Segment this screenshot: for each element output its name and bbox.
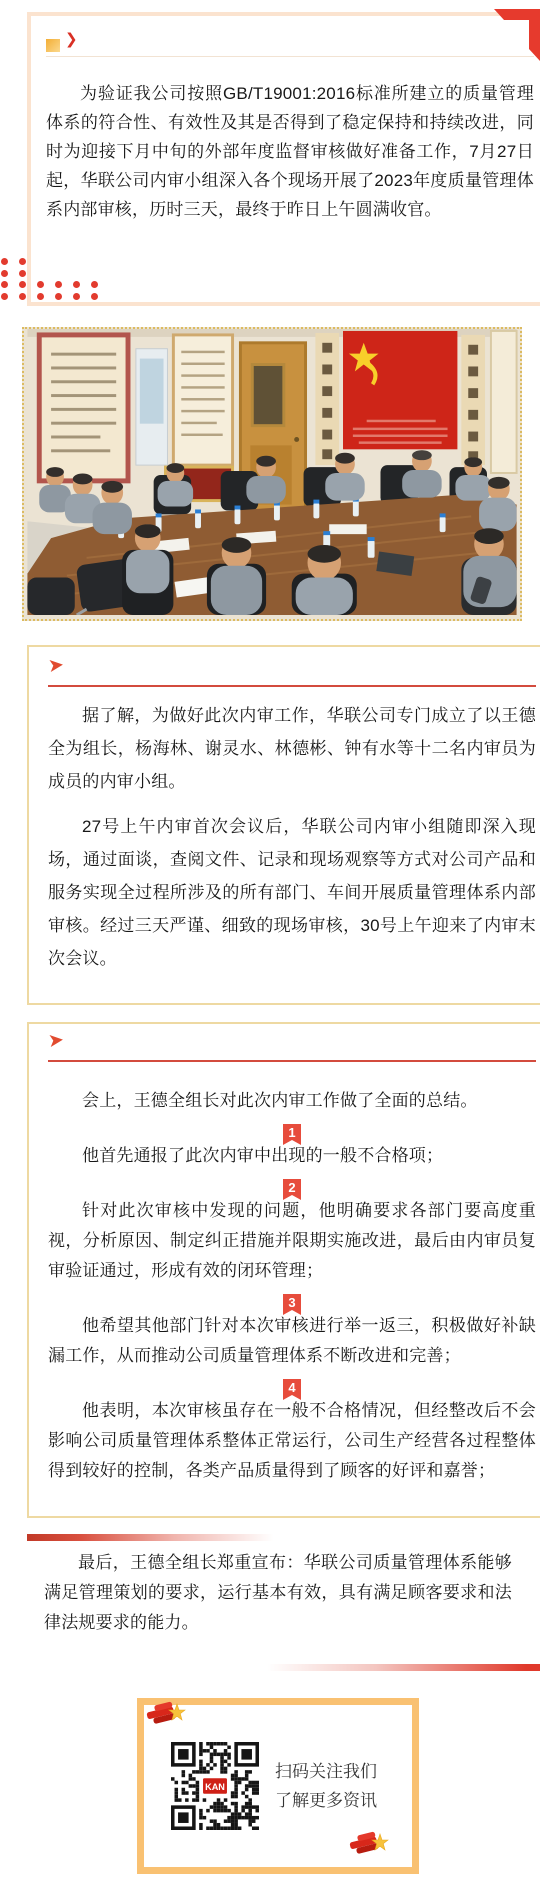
chevron-right-icon: ❯ (65, 34, 78, 46)
process-paragraph: 27号上午内审首次会议后，华联公司内审小组随即深入现场，通过面谈，查阅文件、记录… (48, 810, 536, 975)
flag-star-icon (349, 1829, 391, 1857)
conclusion-paragraph: 最后，王德全组长郑重宣布：华联公司质量管理体系能够满足管理策划的要求，运行基本有… (44, 1548, 512, 1638)
corner-fold-icon (492, 6, 540, 62)
page-container: { "article": { "intro": "为验证我公司按照GB/T190… (0, 0, 540, 1887)
qr-code: KAN (171, 1742, 259, 1830)
conclusion-block: 最后，王德全组长郑重宣布：华联公司质量管理体系能够满足管理策划的要求，运行基本有… (44, 1548, 512, 1638)
summary-card: ➤ 会上，王德全组长对此次内审工作做了全面的总结。 1 他首先通报了此次内审中出… (27, 1022, 540, 1518)
point-paragraph-1: 他首先通报了此次内审中出现的一般不合格项； (48, 1141, 536, 1171)
dots-pattern (1, 258, 101, 304)
red-gradient-divider-left (27, 1534, 295, 1541)
gold-square-icon (46, 39, 60, 52)
red-gradient-divider-right (267, 1664, 540, 1671)
qr-caption-line1: 扫码关注我们 (275, 1757, 377, 1786)
meeting-photo-scene (24, 329, 520, 615)
arrow-right-icon: ➤ (47, 654, 71, 678)
intro-paragraph: 为验证我公司按照GB/T19001:2016标准所建立的质量管理体系的符合性、有… (46, 79, 534, 224)
flag-star-icon (146, 1699, 188, 1727)
qr-caption-line2: 了解更多资讯 (275, 1786, 377, 1815)
point-paragraph-3: 他希望其他部门针对本次审核进行举一返三，积极做好补缺漏工作，从而推动公司质量管理… (48, 1311, 536, 1371)
summary-intro-paragraph: 会上，王德全组长对此次内审工作做了全面的总结。 (48, 1086, 536, 1116)
point-paragraph-2: 针对此次审核中发现的问题，他明确要求各部门要高度重视，分析原因、制定纠正措施并限… (48, 1196, 536, 1286)
point-paragraph-4: 他表明，本次审核虽存在一般不合格情况，但经整改后不会影响公司质量管理体系整体正常… (48, 1396, 536, 1486)
intro-card-header: ❯ (46, 36, 534, 52)
team-card: ➤ 据了解，为做好此次内审工作，华联公司专门成立了以王德全为组长，杨海林、谢灵水… (27, 645, 540, 1005)
arrow-right-icon: ➤ (47, 1029, 71, 1053)
intro-divider (46, 56, 534, 57)
team-paragraph: 据了解，为做好此次内审工作，华联公司专门成立了以王德全为组长，杨海林、谢灵水、林… (48, 699, 536, 798)
meeting-photo[interactable] (22, 327, 522, 621)
qr-logo-text: KAN (205, 1782, 225, 1792)
intro-card: ❯ 为验证我公司按照GB/T19001:2016标准所建立的质量管理体系的符合性… (27, 12, 540, 306)
section-divider (48, 1060, 536, 1062)
section-divider (48, 685, 536, 687)
qr-caption: 扫码关注我们 了解更多资讯 (275, 1757, 377, 1815)
